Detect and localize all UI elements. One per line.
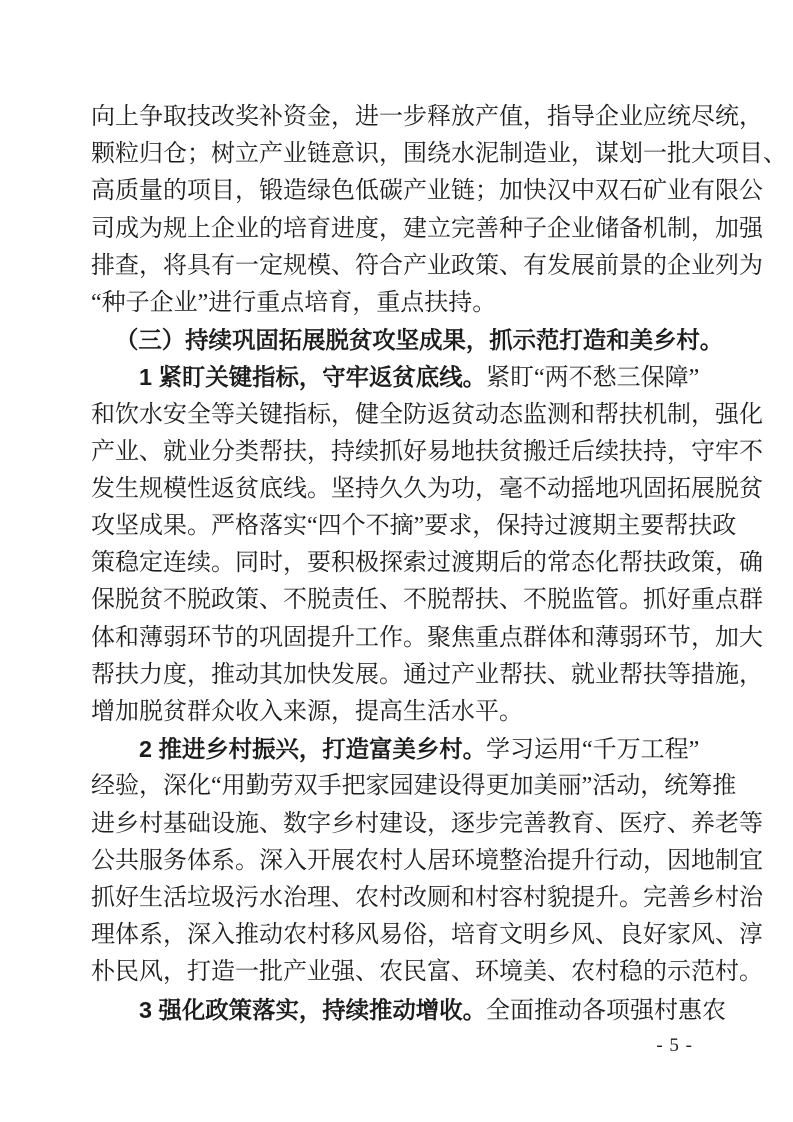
text-segment: 公共服务体系。深入开展农村人居环境整治提升行动，因地制宜 [91,848,763,874]
text-line: 理体系，深入推动农村移风易俗，培育文明乡风、良好家风、淳 [91,917,775,954]
text-line: 向上争取技改奖补资金，进一步释放产值，指导企业应统尽统， [91,99,775,136]
text-segment: 攻坚成果。严格落实“四个不摘”要求，保持过渡期主要帮扶政 [91,513,736,539]
text-segment: 帮扶力度，推动其加快发展。通过产业帮扶、就业帮扶等措施， [91,662,763,688]
paragraph-end-line: 增加脱贫群众收入来源，提高生活水平。 [91,694,775,731]
text-segment: 朴民风，打造一批产业强、农民富、环境美、农村稳的示范村。 [91,959,763,985]
paragraph-end-line: “种子企业”进行重点培育，重点扶持。 [91,285,775,322]
text-line: 帮扶力度，推动其加快发展。通过产业帮扶、就业帮扶等措施， [91,657,775,694]
bold-text-segment: 1 紧盯关键指标，守牢返贫底线。 [139,364,486,390]
numbered-paragraph-start: 3 强化政策落实，持续推动增收。全面推动各项强村惠农 [91,992,775,1029]
text-segment: 司成为规上企业的培育进度，建立完善种子企业储备机制，加强 [91,216,763,242]
text-segment: 抓好生活垃圾污水治理、农村改厕和村容村貌提升。完善乡村治 [91,885,763,911]
text-line: 排查，将具有一定规模、符合产业政策、有发展前景的企业列为 [91,248,775,285]
text-line: 保脱贫不脱政策、不脱责任、不脱帮扶、不脱监管。抓好重点群 [91,582,775,619]
paragraph-end-line: 朴民风，打造一批产业强、农民富、环境美、农村稳的示范村。 [91,954,775,991]
document-body: 向上争取技改奖补资金，进一步释放产值，指导企业应统尽统，颗粒归仓；树立产业链意识… [91,99,775,1029]
text-line: 经验，深化“用勤劳双手把家园建设得更加美丽”活动，统筹推 [91,768,775,805]
text-line: 攻坚成果。严格落实“四个不摘”要求，保持过渡期主要帮扶政 [91,508,775,545]
text-line: 抓好生活垃圾污水治理、农村改厕和村容村貌提升。完善乡村治 [91,880,775,917]
text-segment: 理体系，深入推动农村移风易俗，培育文明乡风、良好家风、淳 [91,922,763,948]
text-segment: 全面推动各项强村惠农 [486,998,726,1024]
text-segment: 经验，深化“用勤劳双手把家园建设得更加美丽”活动，统筹推 [91,773,736,799]
document-page: 向上争取技改奖补资金，进一步释放产值，指导企业应统尽统，颗粒归仓；树立产业链意识… [0,0,793,1122]
section-heading: （三）持续巩固拓展脱贫攻坚成果，抓示范打造和美乡村。 [91,322,775,359]
text-segment: 保脱贫不脱政策、不脱责任、不脱帮扶、不脱监管。抓好重点群 [91,587,763,613]
text-line: 产业、就业分类帮扶，持续抓好易地扶贫搬迁后续扶持，守牢不 [91,434,775,471]
text-segment: 策稳定连续。同时，要积极探索过渡期后的常态化帮扶政策，确 [91,550,763,576]
text-line: 高质量的项目，锻造绿色低碳产业链；加快汉中双石矿业有限公 [91,173,775,210]
text-segment: 紧盯“两不愁三保障” [486,365,699,391]
text-line: 公共服务体系。深入开展农村人居环境整治提升行动，因地制宜 [91,843,775,880]
text-segment: 学习运用“千万工程” [486,737,699,763]
bold-text-segment: 2 推进乡村振兴，打造富美乡村。 [139,736,486,762]
text-line: 策稳定连续。同时，要积极探索过渡期后的常态化帮扶政策，确 [91,545,775,582]
text-line: 颗粒归仓；树立产业链意识，围绕水泥制造业，谋划一批大项目、 [91,136,775,173]
bold-text-segment: 3 强化政策落实，持续推动增收。 [139,997,486,1023]
text-segment: 颗粒归仓；树立产业链意识，围绕水泥制造业，谋划一批大项目、 [91,141,787,167]
text-segment: 向上争取技改奖补资金，进一步释放产值，指导企业应统尽统， [91,104,763,130]
text-line: 进乡村基础设施、数字乡村建设，逐步完善教育、医疗、养老等 [91,806,775,843]
text-segment: 产业、就业分类帮扶，持续抓好易地扶贫搬迁后续扶持，守牢不 [91,439,763,465]
text-segment: 体和薄弱环节的巩固提升工作。聚焦重点群体和薄弱环节，加大 [91,625,763,651]
text-segment: 增加脱贫群众收入来源，提高生活水平。 [91,699,523,725]
text-segment: 和饮水安全等关键指标，健全防返贫动态监测和帮扶机制，强化 [91,402,763,428]
text-segment: 发生规模性返贫底线。坚持久久为功，毫不动摇地巩固拓展脱贫 [91,476,763,502]
bold-text-segment: （三）持续巩固拓展脱贫攻坚成果，抓示范打造和美乡村。 [115,327,723,353]
numbered-paragraph-start: 1 紧盯关键指标，守牢返贫底线。紧盯“两不愁三保障” [91,359,775,396]
text-segment: “种子企业”进行重点培育，重点扶持。 [91,290,496,316]
numbered-paragraph-start: 2 推进乡村振兴，打造富美乡村。学习运用“千万工程” [91,731,775,768]
text-segment: 进乡村基础设施、数字乡村建设，逐步完善教育、医疗、养老等 [91,811,763,837]
text-line: 发生规模性返贫底线。坚持久久为功，毫不动摇地巩固拓展脱贫 [91,471,775,508]
text-line: 和饮水安全等关键指标，健全防返贫动态监测和帮扶机制，强化 [91,397,775,434]
text-segment: 高质量的项目，锻造绿色低碳产业链；加快汉中双石矿业有限公 [91,178,763,204]
text-line: 体和薄弱环节的巩固提升工作。聚焦重点群体和薄弱环节，加大 [91,620,775,657]
text-segment: 排查，将具有一定规模、符合产业政策、有发展前景的企业列为 [91,253,763,279]
page-number: - 5 - [656,1031,693,1061]
text-line: 司成为规上企业的培育进度，建立完善种子企业储备机制，加强 [91,211,775,248]
